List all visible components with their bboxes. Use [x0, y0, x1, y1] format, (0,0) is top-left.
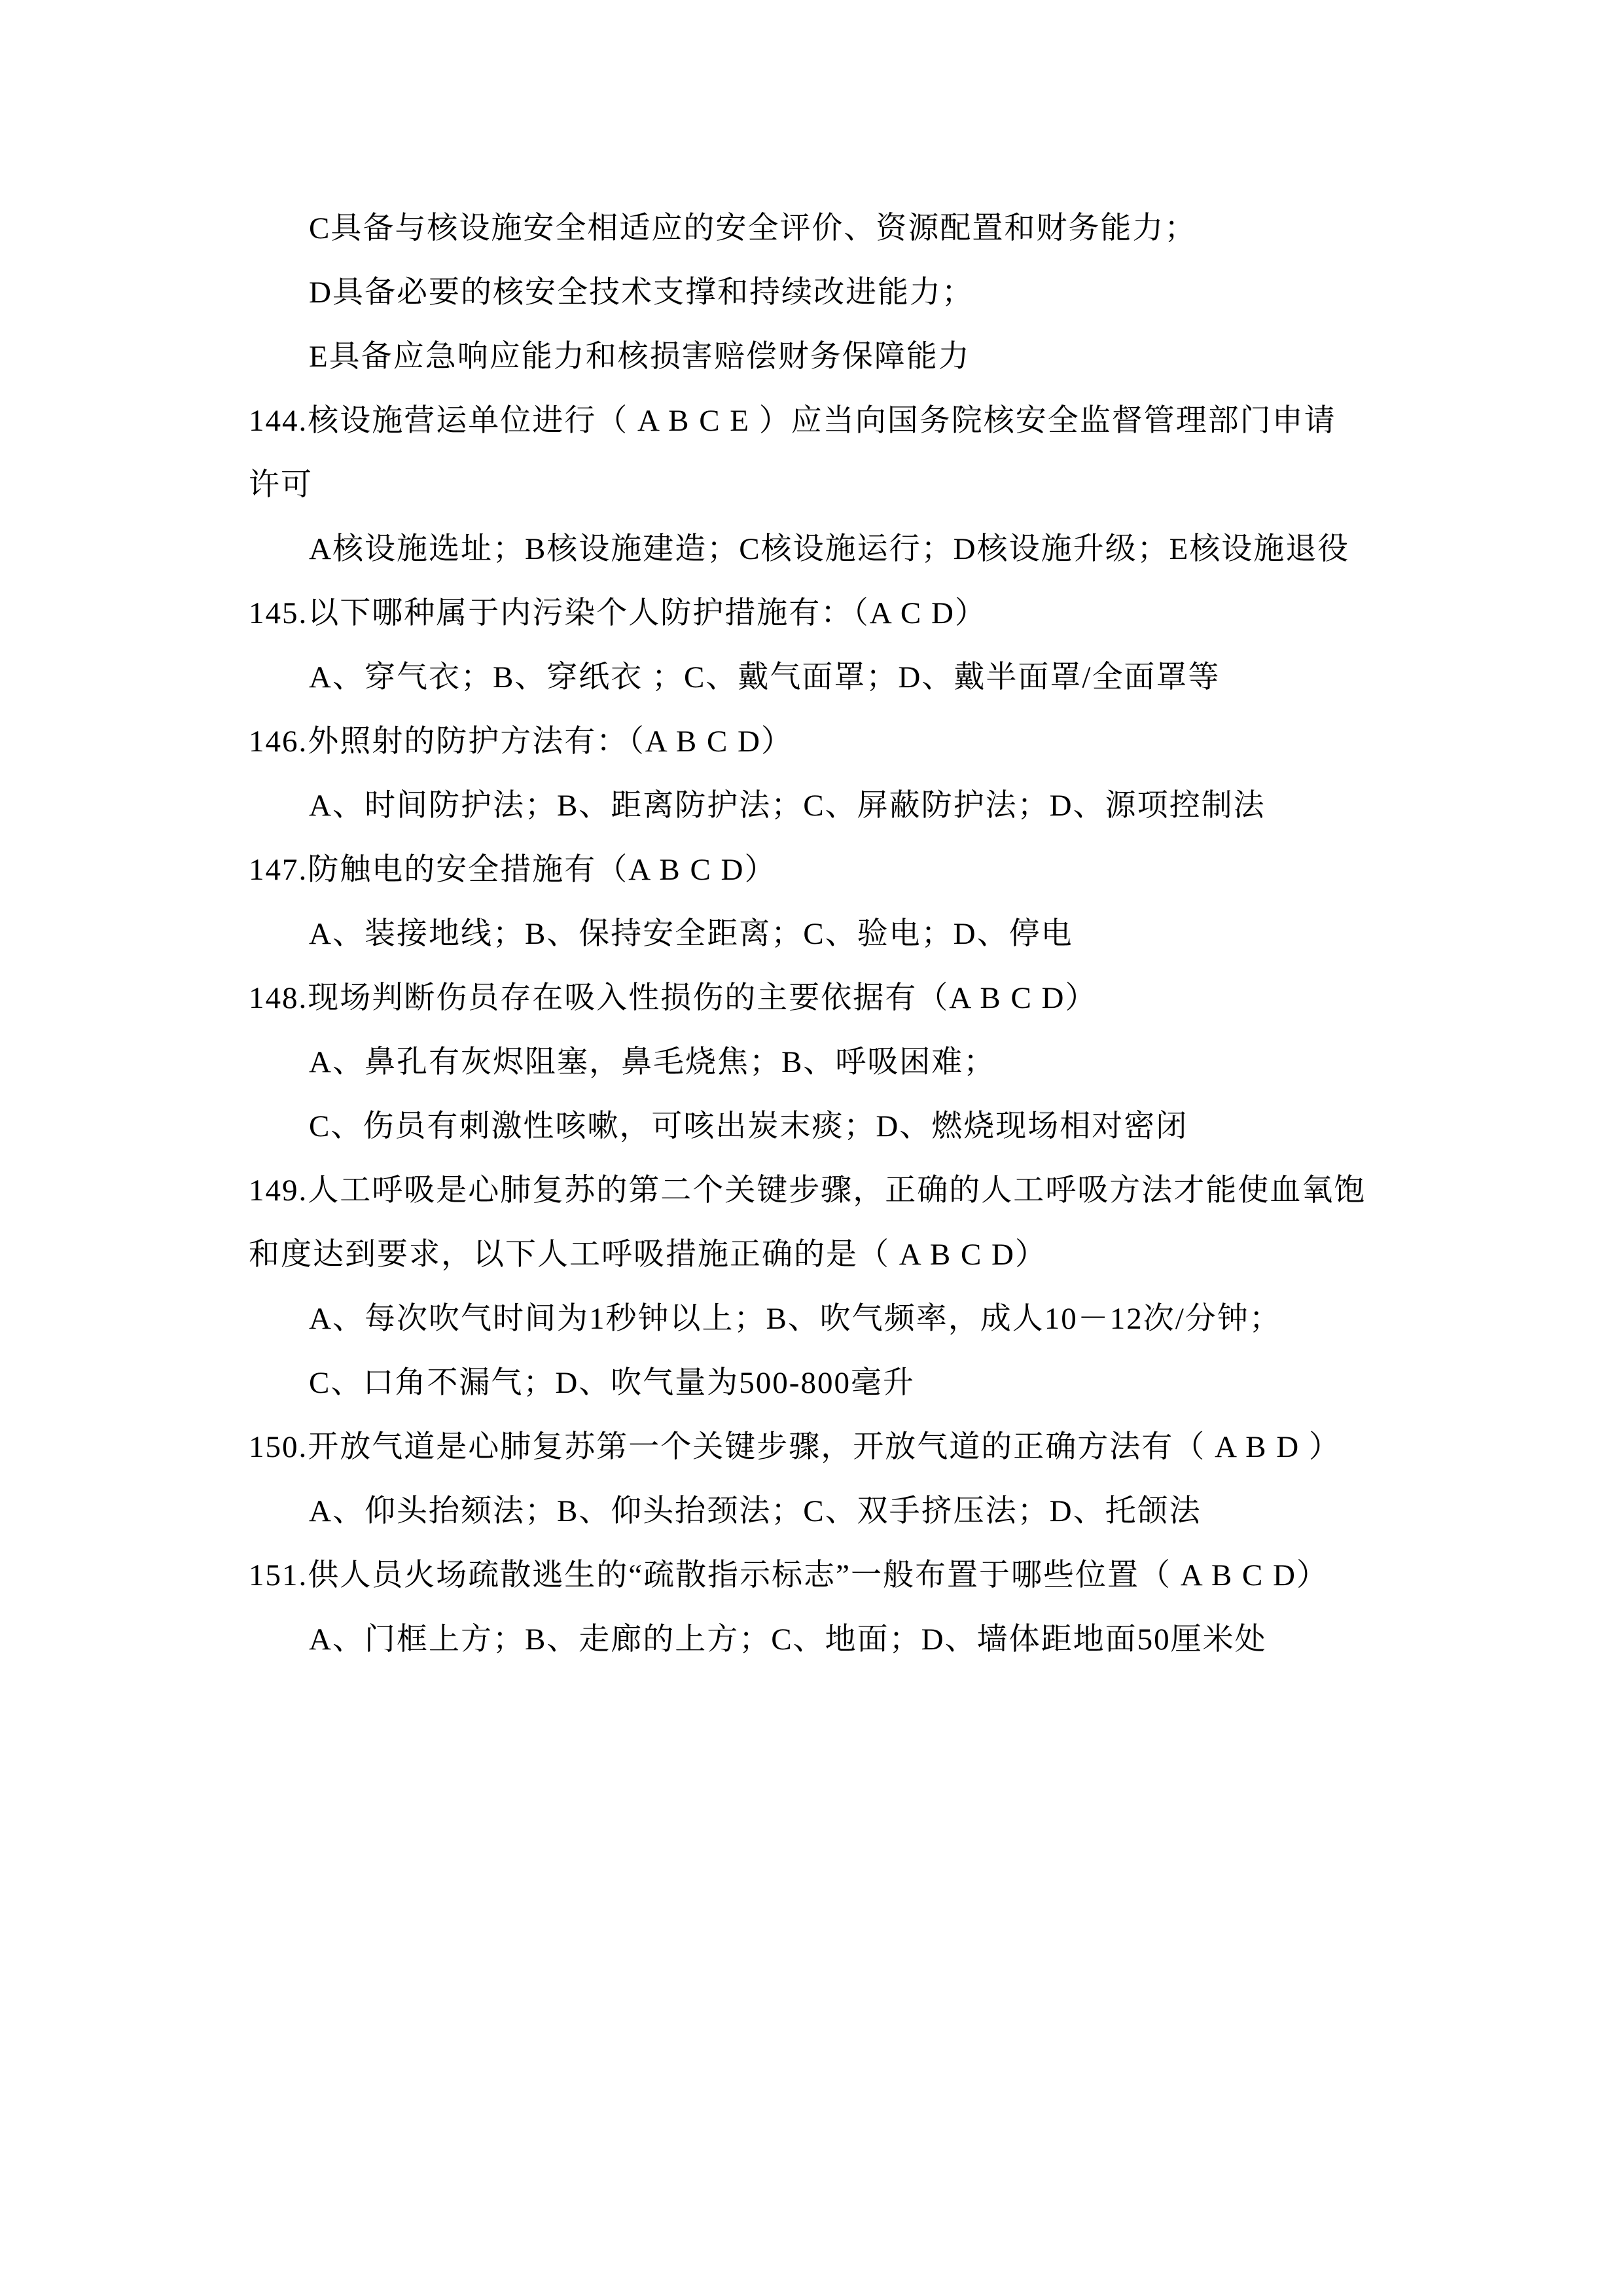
q147-options-line: A、装接地线；B、保持安全距离；C、验电；D、停电 — [249, 902, 1387, 966]
q147-question-line: 147.防触电的安全措施有（A B C D） — [249, 838, 1387, 902]
q144-options-line: A核设施选址；B核设施建造；C核设施运行；D核设施升级；E核设施退役 — [249, 517, 1387, 581]
q150-question-line: 150.开放气道是心肺复苏第一个关键步骤，开放气道的正确方法有（ A B D ） — [249, 1415, 1387, 1479]
q145-options-line: A、穿气衣；B、穿纸衣 ；C、戴气面罩；D、戴半面罩/全面罩等 — [249, 645, 1387, 709]
q146-question-line: 146.外照射的防护方法有：（A B C D） — [249, 709, 1387, 774]
q150-options-line: A、仰头抬颏法；B、仰头抬颈法；C、双手挤压法；D、托颌法 — [249, 1479, 1387, 1543]
q149-options-line-2: C、口角不漏气；D、吹气量为500-800毫升 — [249, 1351, 1387, 1415]
q151-options-line: A、门框上方；B、走廊的上方；C、地面；D、墙体距地面50厘米处 — [249, 1607, 1387, 1672]
q143-option-e-line: E具备应急响应能力和核损害赔偿财务保障能力 — [249, 325, 1387, 389]
q144-continuation-line: 许可 — [249, 453, 1387, 517]
q149-continuation-line: 和度达到要求，以下人工呼吸措施正确的是（ A B C D） — [249, 1223, 1387, 1287]
q149-question-line: 149.人工呼吸是心肺复苏的第二个关键步骤，正确的人工呼吸方法才能使血氧饱 — [249, 1158, 1387, 1223]
q146-options-line: A、时间防护法；B、距离防护法；C、屏蔽防护法；D、源项控制法 — [249, 774, 1387, 838]
q145-question-line: 145.以下哪种属于内污染个人防护措施有：（A C D） — [249, 581, 1387, 645]
text-block: C具备与核设施安全相适应的安全评价、资源配置和财务能力； D具备必要的核安全技术… — [249, 196, 1387, 1672]
q149-options-line-1: A、每次吹气时间为1秒钟以上；B、吹气频率，成人10－12次/分钟； — [249, 1287, 1387, 1351]
q143-option-d-line: D具备必要的核安全技术支撑和持续改进能力； — [249, 260, 1387, 325]
q151-question-line: 151.供人员火场疏散逃生的“疏散指示标志”一般布置于哪些位置（ A B C D… — [249, 1543, 1387, 1607]
q148-question-line: 148.现场判断伤员存在吸入性损伤的主要依据有（A B C D） — [249, 966, 1387, 1030]
q148-options-line-1: A、鼻孔有灰烬阻塞，鼻毛烧焦；B、呼吸困难； — [249, 1030, 1387, 1094]
q144-question-line: 144.核设施营运单位进行（ A B C E ）应当向国务院核安全监督管理部门申… — [249, 389, 1387, 453]
q148-options-line-2: C、伤员有刺激性咳嗽，可咳出炭末痰；D、燃烧现场相对密闭 — [249, 1094, 1387, 1158]
document-page: C具备与核设施安全相适应的安全评价、资源配置和财务能力； D具备必要的核安全技术… — [0, 0, 1623, 2296]
q143-option-c-line: C具备与核设施安全相适应的安全评价、资源配置和财务能力； — [249, 196, 1387, 260]
